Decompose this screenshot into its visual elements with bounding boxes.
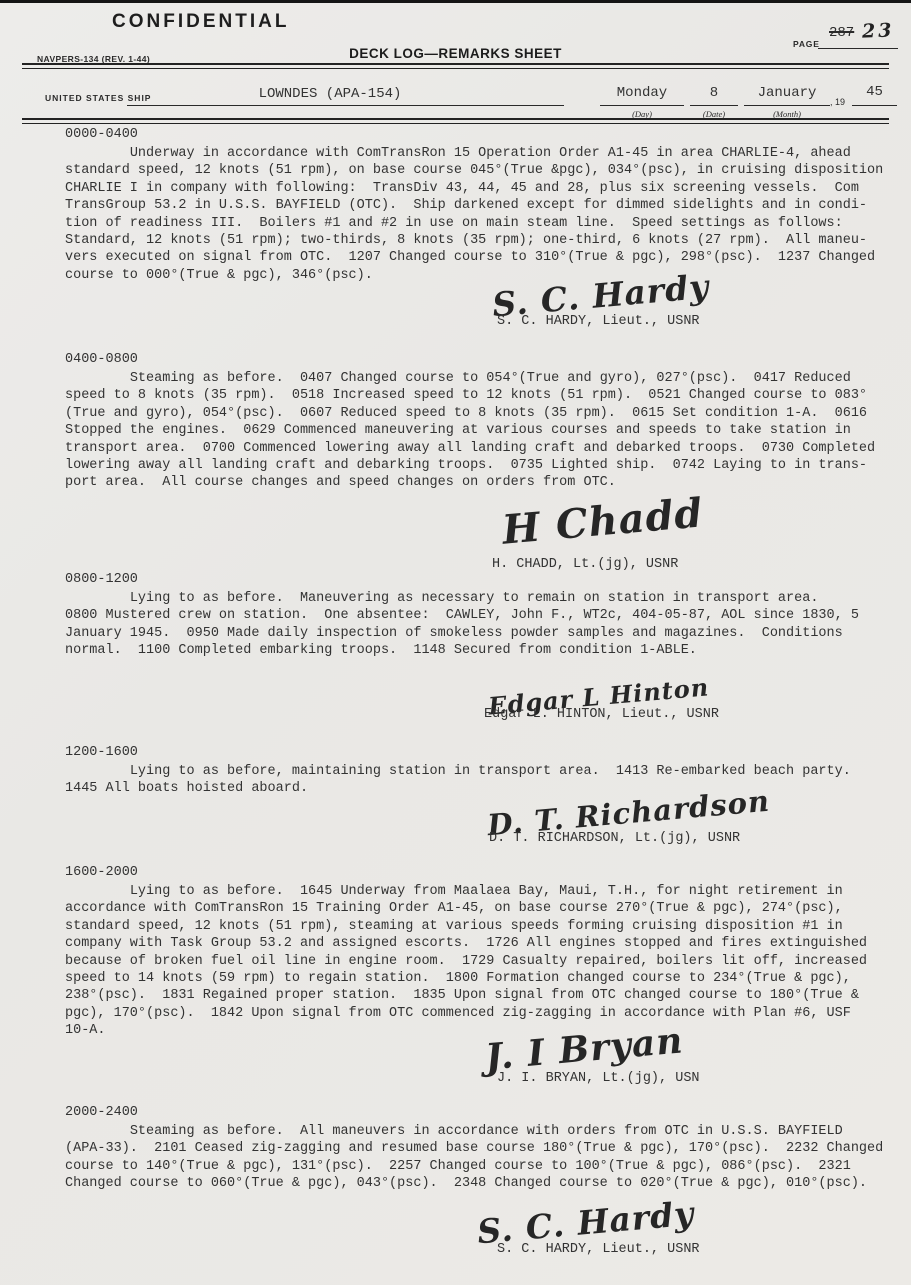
month-underline (744, 105, 830, 106)
signature-typed: Edgar L. HINTON, Lieut., USNR (484, 707, 719, 722)
signature-typed: H. CHADD, Lt.(jg), USNR (492, 557, 678, 572)
ship-name-label: UNITED STATES SHIP (45, 93, 151, 103)
page-number-struck: 287 (829, 25, 854, 41)
scan-edge (0, 0, 911, 3)
ship-name-underline (127, 105, 564, 106)
entry-time-range: 0400-0800 (65, 352, 138, 367)
document-title: DECK LOG—REMARKS SHEET (0, 46, 911, 61)
page-number-label: PAGE (793, 39, 820, 49)
year-prefix: , 19 (830, 97, 845, 107)
entry-time-range: 0000-0400 (65, 127, 138, 142)
deck-log-remarks-sheet: CONFIDENTIAL NAVPERS-134 (REV. 1-44) DEC… (0, 0, 911, 1285)
header-rule-top (22, 63, 889, 69)
signature-typed: S. C. HARDY, Lieut., USNR (497, 314, 700, 329)
entry-remarks: Lying to as before. 1645 Underway from M… (65, 883, 897, 1040)
entry-remarks: Steaming as before. All maneuvers in acc… (65, 1123, 897, 1193)
header-rule-bottom (22, 118, 889, 124)
day-value: Monday (600, 85, 684, 101)
day-underline (600, 105, 684, 106)
entry-remarks: Underway in accordance with ComTransRon … (65, 145, 897, 284)
signature-typed: S. C. HARDY, Lieut., USNR (497, 1242, 700, 1257)
entry-remarks: Steaming as before. 0407 Changed course … (65, 370, 897, 492)
entry-time-range: 1600-2000 (65, 865, 138, 880)
page-number-handwritten: 23 (862, 19, 895, 42)
year-value: 45 (852, 84, 897, 100)
entry-remarks: Lying to as before, maintaining station … (65, 763, 897, 798)
entry-time-range: 0800-1200 (65, 572, 138, 587)
entry-time-range: 2000-2400 (65, 1105, 138, 1120)
entry-remarks: Lying to as before. Maneuvering as neces… (65, 590, 897, 660)
page-number-underline (818, 48, 898, 49)
classification-stamp: CONFIDENTIAL (112, 11, 289, 33)
date-underline (690, 105, 738, 106)
year-underline (852, 105, 897, 106)
date-value: 8 (690, 85, 738, 101)
entry-time-range: 1200-1600 (65, 745, 138, 760)
signature-handwritten: H Chadd (500, 489, 705, 553)
signature-typed: D. T. RICHARDSON, Lt.(jg), USNR (489, 831, 740, 846)
ship-name-value: LOWNDES (APA-154) (160, 86, 500, 102)
month-value: January (744, 85, 830, 101)
signature-typed: J. I. BRYAN, Lt.(jg), USN (497, 1071, 700, 1086)
